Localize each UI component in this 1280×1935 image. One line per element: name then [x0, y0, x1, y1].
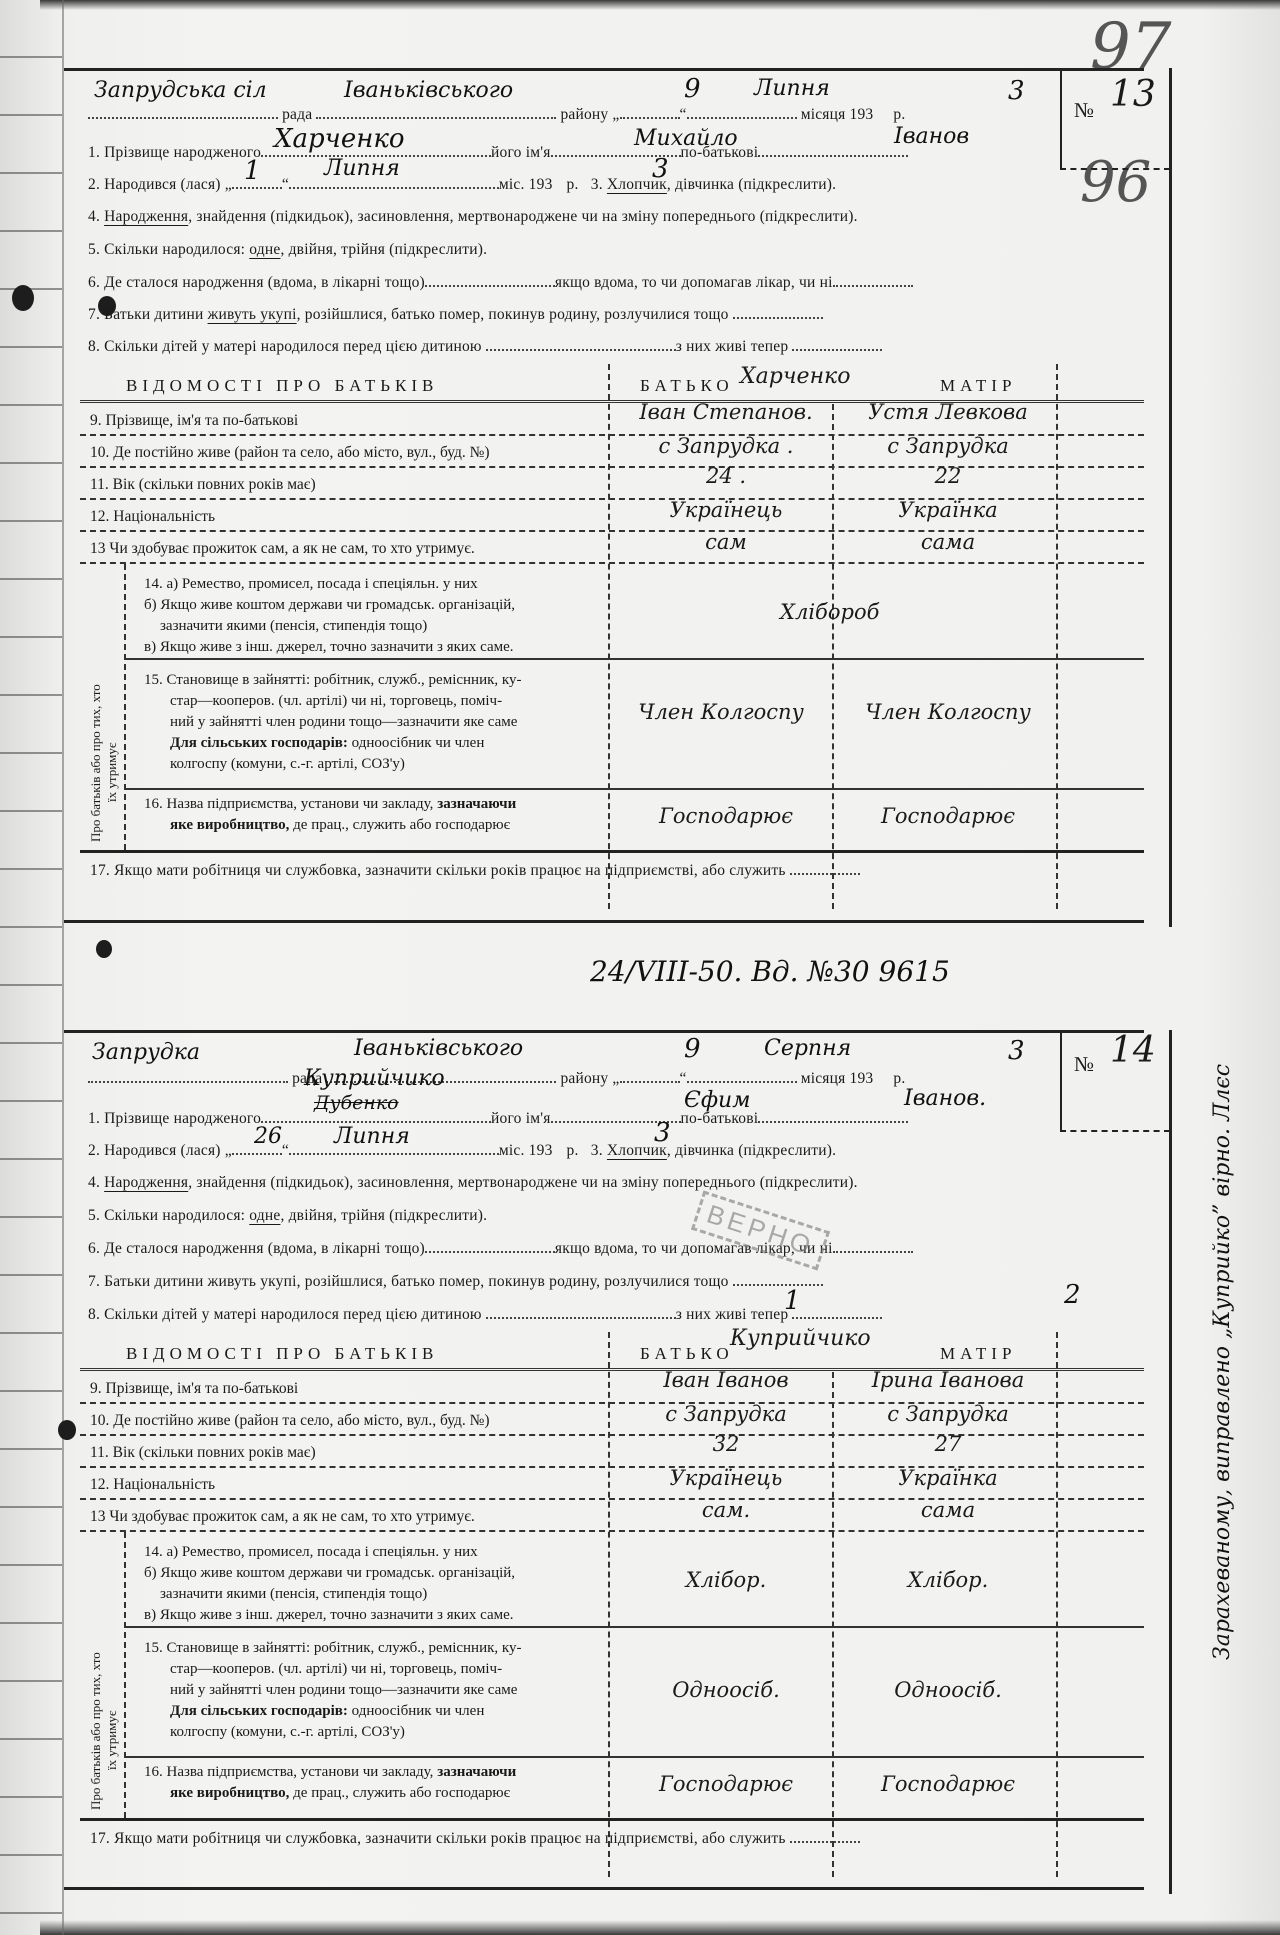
row-17: 17. Якщо мати робітниця чи службовка, за…: [90, 1830, 860, 1848]
father-residence: с Запрудка .: [620, 434, 832, 458]
father-enterprise: Господарює: [620, 1772, 832, 1796]
row-17: 17. Якщо мати робітниця чи службовка, за…: [90, 862, 860, 880]
column-mother: МАТІР: [940, 1344, 1016, 1364]
scan-edge-bottom: [40, 1920, 1280, 1935]
record-number-box: № 14: [1060, 1030, 1170, 1132]
district: Іваньківського: [354, 1036, 523, 1061]
village-council: Запрудка: [92, 1040, 200, 1065]
line-8: 8. Скільки дітей у матері народилося пер…: [88, 1306, 882, 1324]
birth-day: 26: [254, 1124, 282, 1149]
father-full-name: Іван Іванов: [620, 1368, 832, 1392]
table-title: ВІДОМОСТІ ПРО БАТЬКІВ: [126, 376, 438, 396]
birth-year-digit: 3: [654, 1118, 671, 1148]
father-livelihood: сам: [620, 530, 832, 554]
record-number-box: № 13: [1060, 68, 1170, 170]
row-16-label: 16. Назва підприємства, установи чи закл…: [144, 1762, 516, 1804]
father-enterprise: Господарює: [620, 804, 832, 828]
child-surname: Куприйчико: [304, 1066, 445, 1091]
father-age: 32: [620, 1432, 832, 1456]
father-occupation: Хлібор.: [620, 1568, 832, 1592]
child-patronymic: Іванов.: [904, 1086, 986, 1111]
mother-occupation: Хлібор.: [840, 1568, 1056, 1592]
father-occupation: Хлібороб: [780, 600, 879, 624]
scan-edge-top: [40, 0, 1280, 10]
row-14-label: 14. а) Ремество, промисел, посада і спец…: [144, 574, 515, 658]
mother-enterprise: Господарює: [840, 1772, 1056, 1796]
column-father: БАТЬКО: [640, 1344, 734, 1364]
mother-age: 27: [840, 1432, 1056, 1456]
parents-table: ВІДОМОСТІ ПРО БАТЬКІВ БАТЬКО МАТІР Харче…: [80, 364, 1144, 909]
row-14-label: 14. а) Ремество, промисел, посада і спец…: [144, 1542, 515, 1626]
punch-hole: [96, 940, 112, 958]
record-number: 13: [1110, 74, 1156, 115]
children-alive: 2: [1064, 1280, 1081, 1310]
parents-table: ВІДОМОСТІ ПРО БАТЬКІВ БАТЬКО МАТІР Купри…: [80, 1332, 1144, 1877]
header-line: рада району „“ місяця 193р.: [88, 106, 905, 124]
reg-year-digit: 3: [1008, 1036, 1025, 1066]
table-title: ВІДОМОСТІ ПРО БАТЬКІВ: [126, 1344, 438, 1364]
record-number: 14: [1110, 1030, 1156, 1071]
village-council: Запрудська сіл: [94, 78, 267, 103]
district: Іваньківського: [344, 78, 513, 103]
line-5: 5. Скільки народилося: одне, двійня, трі…: [88, 241, 487, 259]
father-nationality: Українець: [620, 1466, 832, 1490]
row-15-label: 15. Становище в зайнятті: робітник, служ…: [144, 670, 521, 775]
father-surname-overwrite: Харченко: [740, 364, 850, 389]
child-name: Михайло: [634, 126, 738, 151]
mother-residence: с Запрудка: [840, 1402, 1056, 1426]
column-father: БАТЬКО: [640, 376, 734, 396]
birth-month: Липня: [324, 156, 400, 181]
archive-annotation: 24/VIII-50. Вд. №30 9615: [590, 955, 950, 988]
mother-livelihood: сама: [840, 530, 1056, 554]
birth-day: 1: [244, 156, 261, 186]
mother-enterprise: Господарює: [840, 804, 1056, 828]
birth-record-14: № 14 рада району „“ місяця 193р. Запрудк…: [64, 1030, 1144, 1890]
scanned-page: 97 96 № 13 рада району „“ місяця 193р. З…: [0, 0, 1280, 1935]
father-employment: Член Колгоспу: [610, 700, 832, 724]
child-patronymic: Іванов: [894, 124, 969, 149]
line-4: 4. Народження, знайдення (підкидьок), за…: [88, 208, 858, 226]
reg-month: Липня: [754, 76, 830, 101]
birth-year-digit: 3: [652, 154, 669, 184]
margin-correction-note: Зарахеваному, виправлено „Куприйко” вірн…: [1210, 1064, 1235, 1660]
reg-day: 9: [684, 1034, 701, 1064]
line-2: 2. Народився (лася) „“міс. 193р. 3. Хлоп…: [88, 176, 836, 194]
row-15-label: 15. Становище в зайнятті: робітник, служ…: [144, 1638, 521, 1743]
mother-full-name: Устя Левкова: [840, 400, 1056, 424]
column-mother: МАТІР: [940, 376, 1016, 396]
father-full-name: Іван Степанов.: [620, 400, 832, 424]
father-age: 24 .: [620, 464, 832, 488]
mother-full-name: Ірина Іванова: [840, 1368, 1056, 1392]
header-line: рада району „“ місяця 193р.: [88, 1070, 905, 1088]
father-nationality: Українець: [620, 498, 832, 522]
line-6: 6. Де сталося народження (вдома, в лікар…: [88, 274, 913, 292]
line-1: 1. Прізвище народженогойого ім'япо-батьк…: [88, 1110, 908, 1128]
line-1: 1. Прізвище народженогойого ім'япо-батьк…: [88, 144, 908, 162]
child-surname: Харченко: [274, 124, 405, 154]
birth-month: Липня: [334, 1124, 410, 1149]
father-residence: с Запрудка: [620, 1402, 832, 1426]
mother-employment: Одноосіб.: [840, 1678, 1056, 1702]
birth-record-13: № 13 рада району „“ місяця 193р. Запрудс…: [64, 68, 1144, 923]
mother-nationality: Українка: [840, 1466, 1056, 1490]
reg-month: Серпня: [764, 1036, 851, 1061]
line-7: 7. Батьки дитини живуть укупі, розійшлис…: [88, 1273, 823, 1291]
father-surname-overwrite: Куприйчико: [730, 1326, 871, 1351]
line-4: 4. Народження, знайдення (підкидьок), за…: [88, 1174, 858, 1192]
line-7: 7. Батьки дитини живуть укупі, розійшлис…: [88, 306, 823, 324]
row-16-label: 16. Назва підприємства, установи чи закл…: [144, 794, 516, 836]
mother-livelihood: сама: [840, 1498, 1056, 1522]
mother-age: 22: [840, 464, 1056, 488]
mother-residence: с Запрудка: [840, 434, 1056, 458]
reg-day: 9: [684, 74, 701, 104]
line-2: 2. Народився (лася) „“міс. 193р. 3. Хлоп…: [88, 1142, 836, 1160]
mother-nationality: Українка: [840, 498, 1056, 522]
child-name: Єфим: [684, 1088, 750, 1113]
father-livelihood: сам.: [620, 1498, 832, 1522]
mother-employment: Член Колгоспу: [840, 700, 1056, 724]
punch-hole: [12, 285, 34, 311]
reg-year-digit: 3: [1008, 76, 1025, 106]
father-employment: Одноосіб.: [620, 1678, 832, 1702]
children-before: 1: [784, 1286, 801, 1316]
line-5: 5. Скільки народилося: одне, двійня, трі…: [88, 1207, 487, 1225]
line-8: 8. Скільки дітей у матері народилося пер…: [88, 338, 882, 356]
